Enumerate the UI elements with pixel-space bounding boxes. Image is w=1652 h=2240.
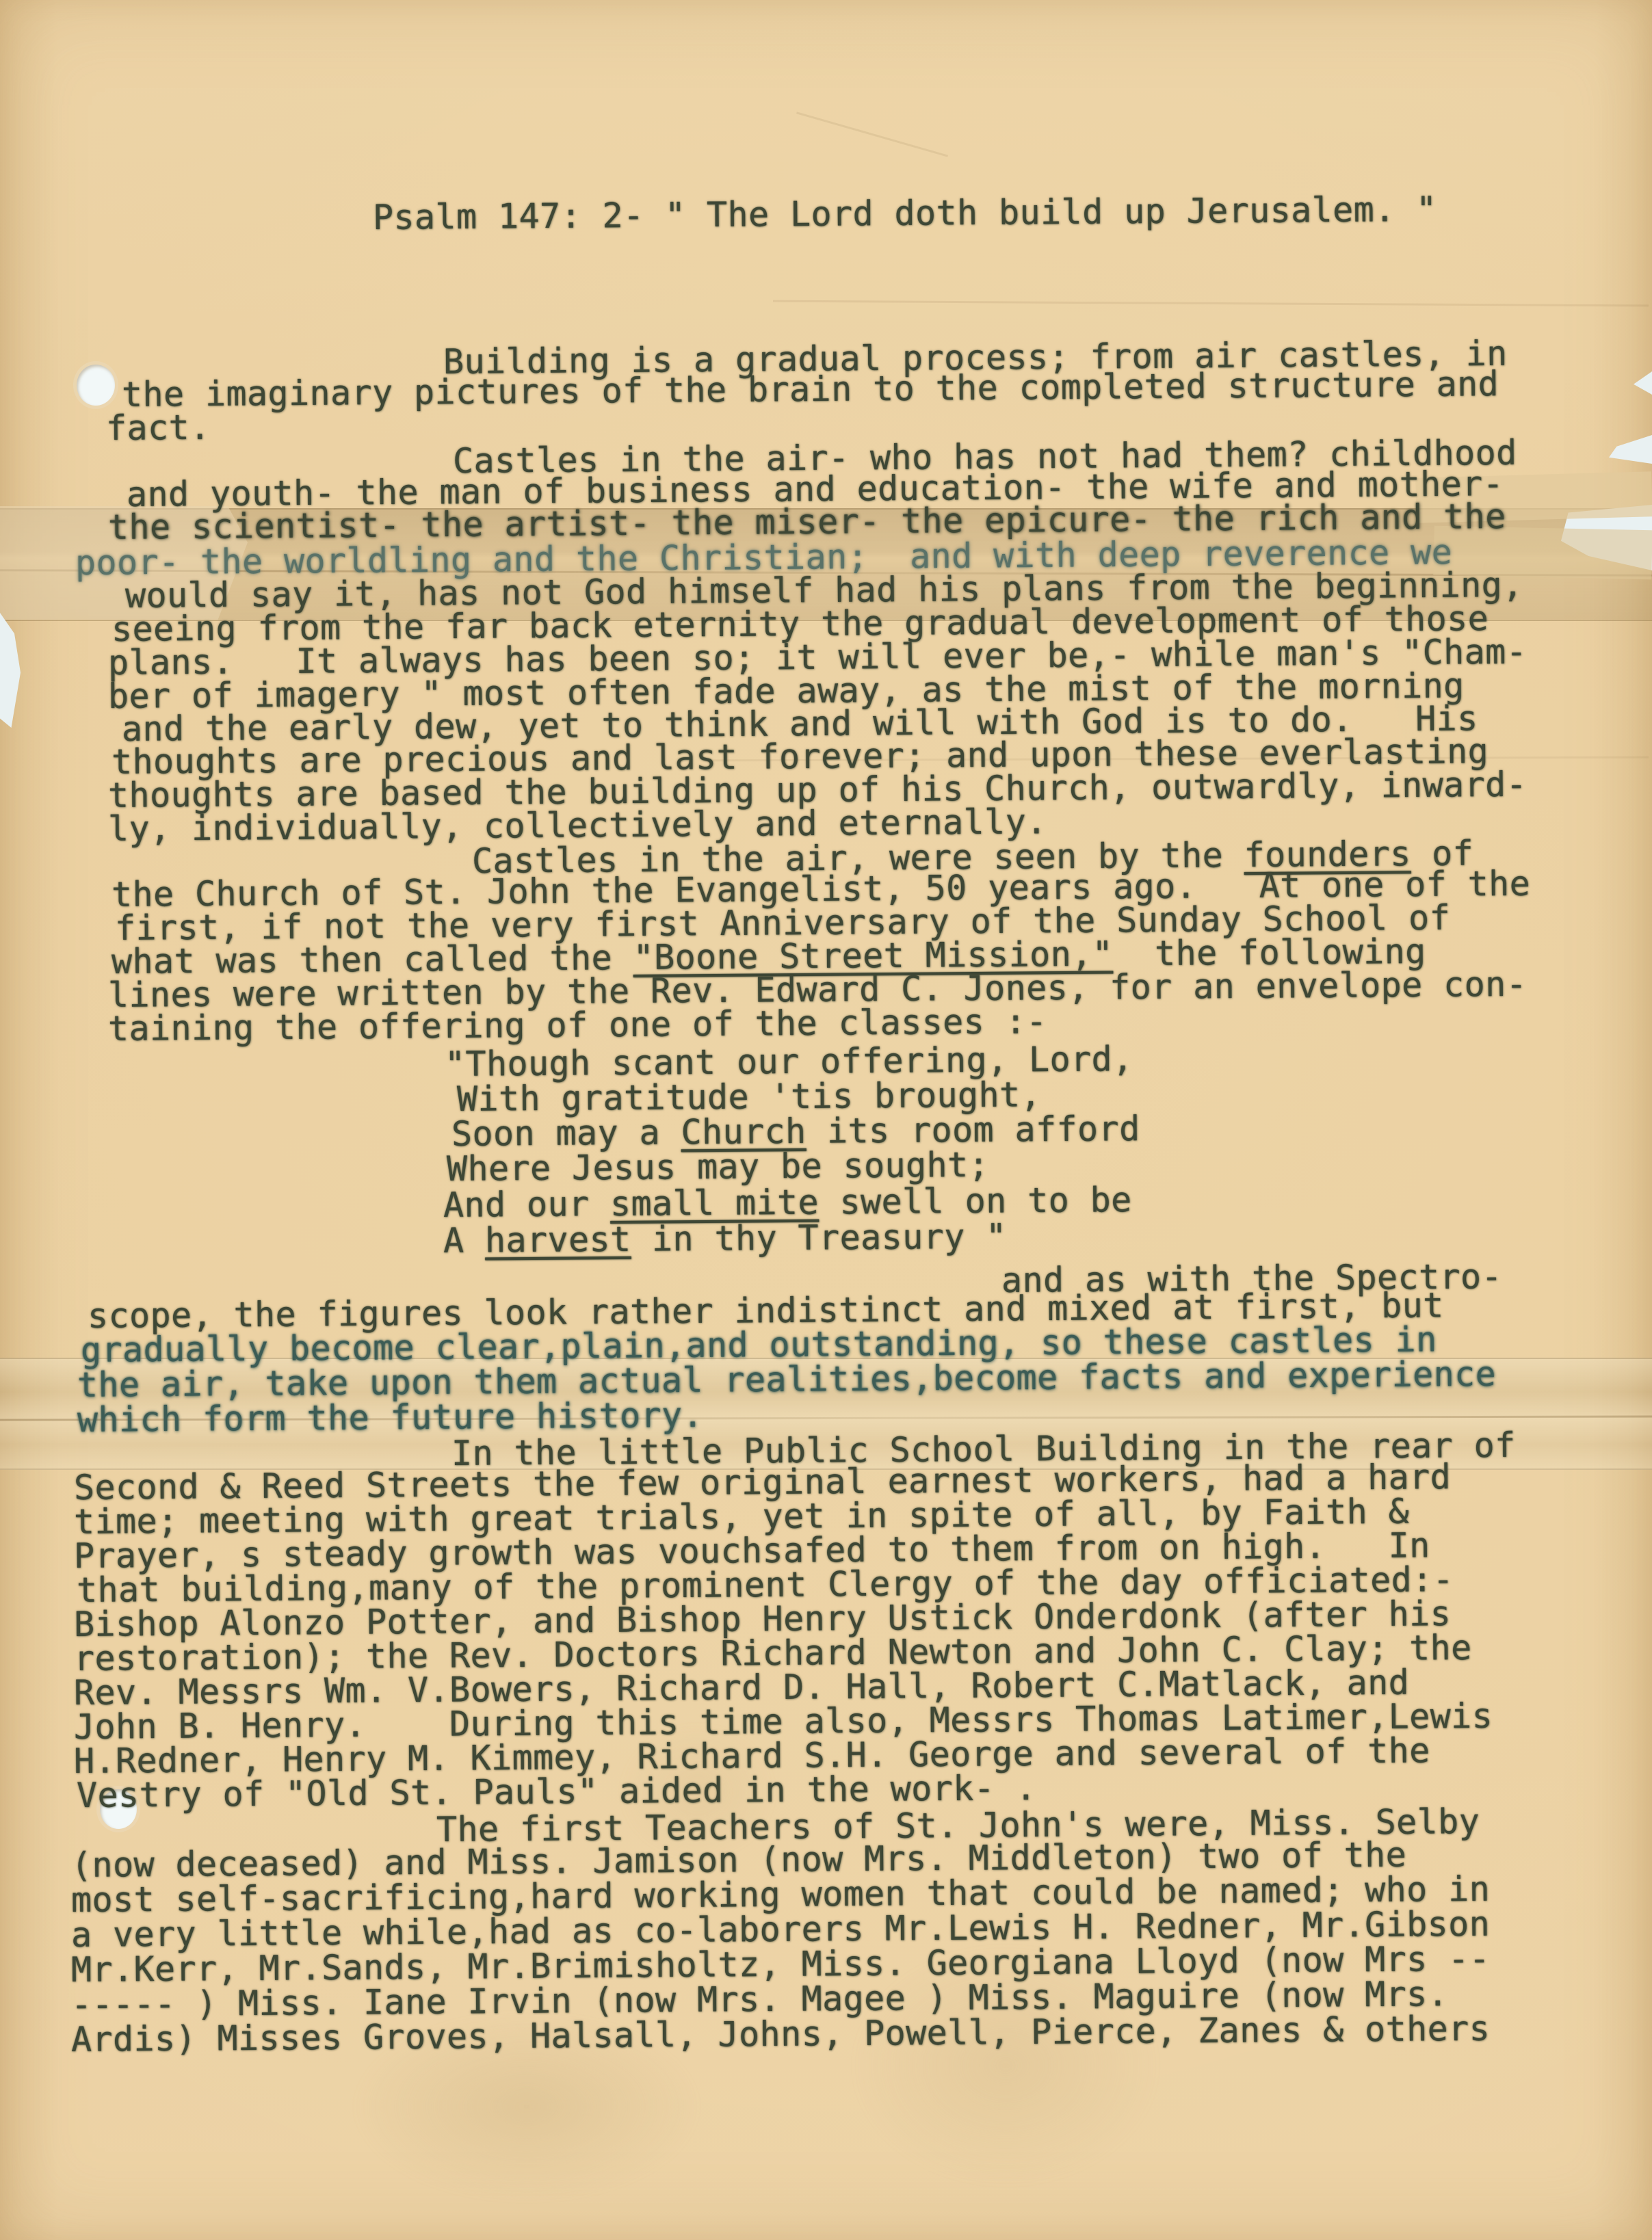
- typewritten-line: Where Jesus may be sought;: [447, 1147, 989, 1187]
- typewritten-line: fact.: [106, 410, 211, 446]
- typewritten-line: which form the future history.: [77, 1397, 703, 1438]
- line-text: A: [443, 1221, 485, 1261]
- line-text: in thy Treasury ": [631, 1217, 1006, 1259]
- text-layer: Psalm 147: 2- " The Lord doth build up J…: [0, 0, 1652, 2240]
- line-text: fact.: [106, 408, 211, 448]
- typewritten-line: the air, take upon them actual realities…: [77, 1356, 1497, 1403]
- underlined-text: harvest: [485, 1220, 631, 1261]
- document-page: Psalm 147: 2- " The Lord doth build up J…: [0, 0, 1652, 2240]
- line-text: Psalm 147: 2- " The Lord doth build up J…: [373, 189, 1437, 237]
- typewritten-line: And our small mite swell on to be: [443, 1182, 1132, 1223]
- typewritten-line: taining the offering of one of the class…: [108, 1003, 1047, 1046]
- line-text: swell on to be: [819, 1180, 1132, 1222]
- underlined-text: small mite: [610, 1183, 819, 1224]
- typewritten-line: Psalm 147: 2- " The Lord doth build up J…: [373, 192, 1437, 235]
- typewritten-line: the imaginary pictures of the brain to t…: [122, 366, 1499, 412]
- line-text: And our: [443, 1184, 610, 1225]
- typewritten-line: A harvest in thy Treasury ": [443, 1219, 1007, 1259]
- line-text: the imaginary pictures of the brain to t…: [122, 364, 1499, 414]
- scan-background: { "page": { "colors": { "background": "#…: [0, 0, 1652, 2240]
- typewritten-line: Ardis) Misses Groves, Halsall, Johns, Po…: [71, 2011, 1491, 2057]
